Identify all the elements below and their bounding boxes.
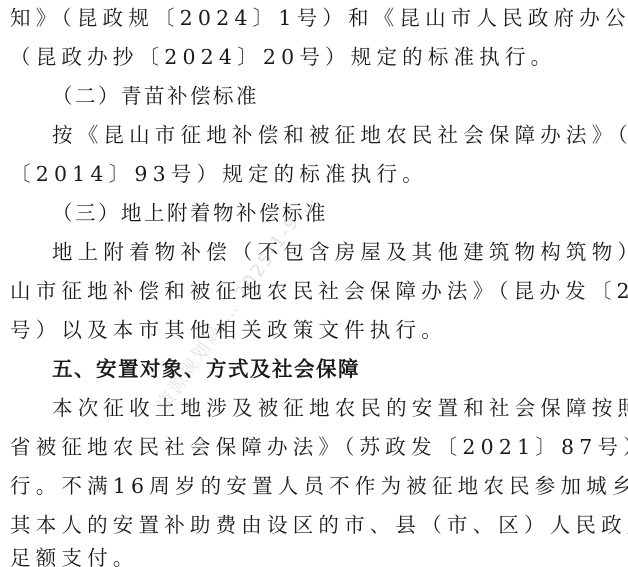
paragraph-line: 省被征地农民社会保障办法》（苏政发〔2021〕87号）的规定执	[10, 433, 628, 461]
paragraph-line: 地上附着物补偿（不包含房屋及其他建筑物构筑物）按《昆	[52, 238, 628, 266]
paragraph-line: 山市征地补偿和被征地农民社会保障办法》（昆办发〔2014〕93	[10, 277, 628, 305]
document-page: 知》（昆政规〔2024〕1号）和《昆山市人民政府办公室抄告单》 （昆政办抄〔20…	[0, 0, 628, 567]
paragraph-line: 本次征收土地涉及被征地农民的安置和社会保障按照《江苏	[52, 394, 628, 422]
section-heading-resettlement: 五、安置对象、方式及社会保障	[52, 355, 360, 383]
paragraph-line: 足额支付。	[10, 544, 139, 567]
section-heading-attachments: （三）地上附着物补偿标准	[52, 199, 328, 227]
paragraph-line: （昆政办抄〔2024〕20号）规定的标准执行。	[10, 43, 556, 71]
paragraph-line: 行。不满16周岁的安置人员不作为被征地农民参加城乡社会保障，	[10, 472, 628, 500]
paragraph-line: 〔2014〕93号）规定的标准执行。	[10, 160, 428, 188]
paragraph-line: 知》（昆政规〔2024〕1号）和《昆山市人民政府办公室抄告单》	[10, 4, 628, 32]
paragraph-line: 按《昆山市征地补偿和被征地农民社会保障办法》（昆办发	[52, 121, 628, 149]
section-heading-green-crops: （二）青苗补偿标准	[52, 82, 259, 110]
paragraph-line: 其本人的安置补助费由设区的市、县（市、区）人民政府按规定	[10, 511, 628, 539]
paragraph-line: 号）以及本市其他相关政策文件执行。	[10, 316, 447, 344]
